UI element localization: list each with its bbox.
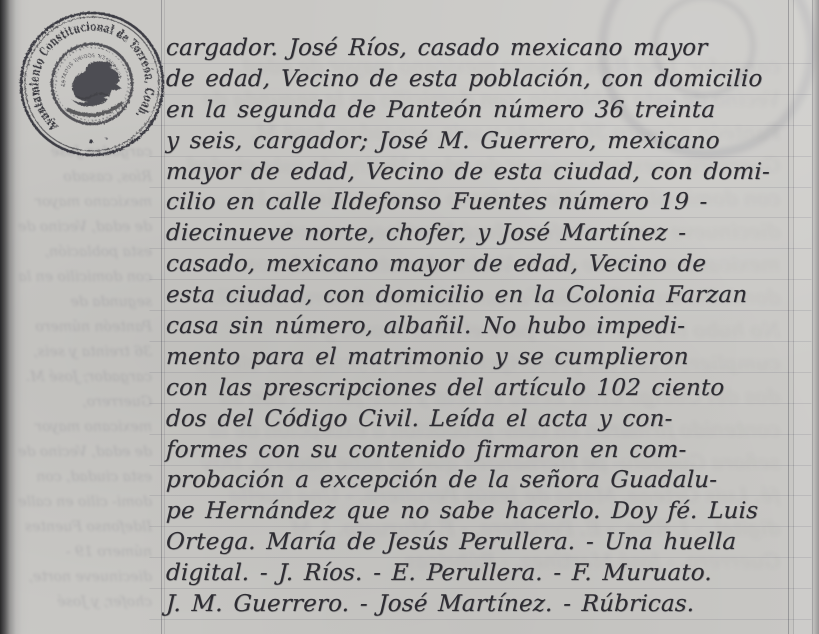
text-line: y seis, cargador; José M. Guerrero, mexi… (149, 126, 812, 157)
handwritten-text-block: cargador. José Ríos, casado mexicano may… (150, 33, 812, 620)
text-line: casa sin número, albañil. No hubo impedi… (149, 311, 812, 342)
official-stamp: Ayuntamiento Constitucional de Torreón, … (1, 0, 184, 175)
scanned-document-page: cargador. José Ríos, casado mexicano may… (0, 0, 819, 634)
text-line: de edad, Vecino de esta población, con d… (149, 64, 812, 95)
text-line: diecinueve norte, chofer, y José Martíne… (149, 218, 812, 249)
text-line: mento para el matrimonio y se cumplieron (149, 342, 812, 373)
text-line: digital. - J. Ríos. - E. Perullera. - F.… (149, 558, 812, 589)
text-line: pe Hernández que no sabe hacerlo. Doy fé… (149, 496, 812, 527)
stamp-bottom-dot (89, 139, 93, 143)
text-line: dos del Código Civil. Leída el acta y co… (149, 404, 812, 435)
text-line: probación a excepción de la señora Guada… (149, 465, 812, 496)
text-line: en la segunda de Panteón número 36 trein… (149, 95, 812, 126)
text-line: J. M. Guerrero. - José Martínez. - Rúbri… (149, 589, 812, 620)
text-line: cargador. José Ríos, casado mexicano may… (149, 33, 812, 64)
stamp-bottom-dot-2 (105, 137, 108, 140)
text-line: mayor de edad, Vecino de esta ciudad, co… (149, 157, 812, 188)
text-line: Ortega. María de Jesús Perullera. - Una … (149, 527, 812, 558)
text-line: casado, mexicano mayor de edad, Vecino d… (149, 249, 812, 280)
text-line: cilio en calle Ildefonso Fuentes número … (149, 187, 812, 218)
text-line: con las prescripciones del artículo 102 … (149, 373, 812, 404)
bleed-through-text: cargador. José Ríos, casado mexicano may… (18, 140, 152, 615)
text-line: esta ciudad, con domicilio en la Colonia… (149, 280, 812, 311)
text-line: formes con su contenido firmaron en com- (149, 435, 812, 466)
